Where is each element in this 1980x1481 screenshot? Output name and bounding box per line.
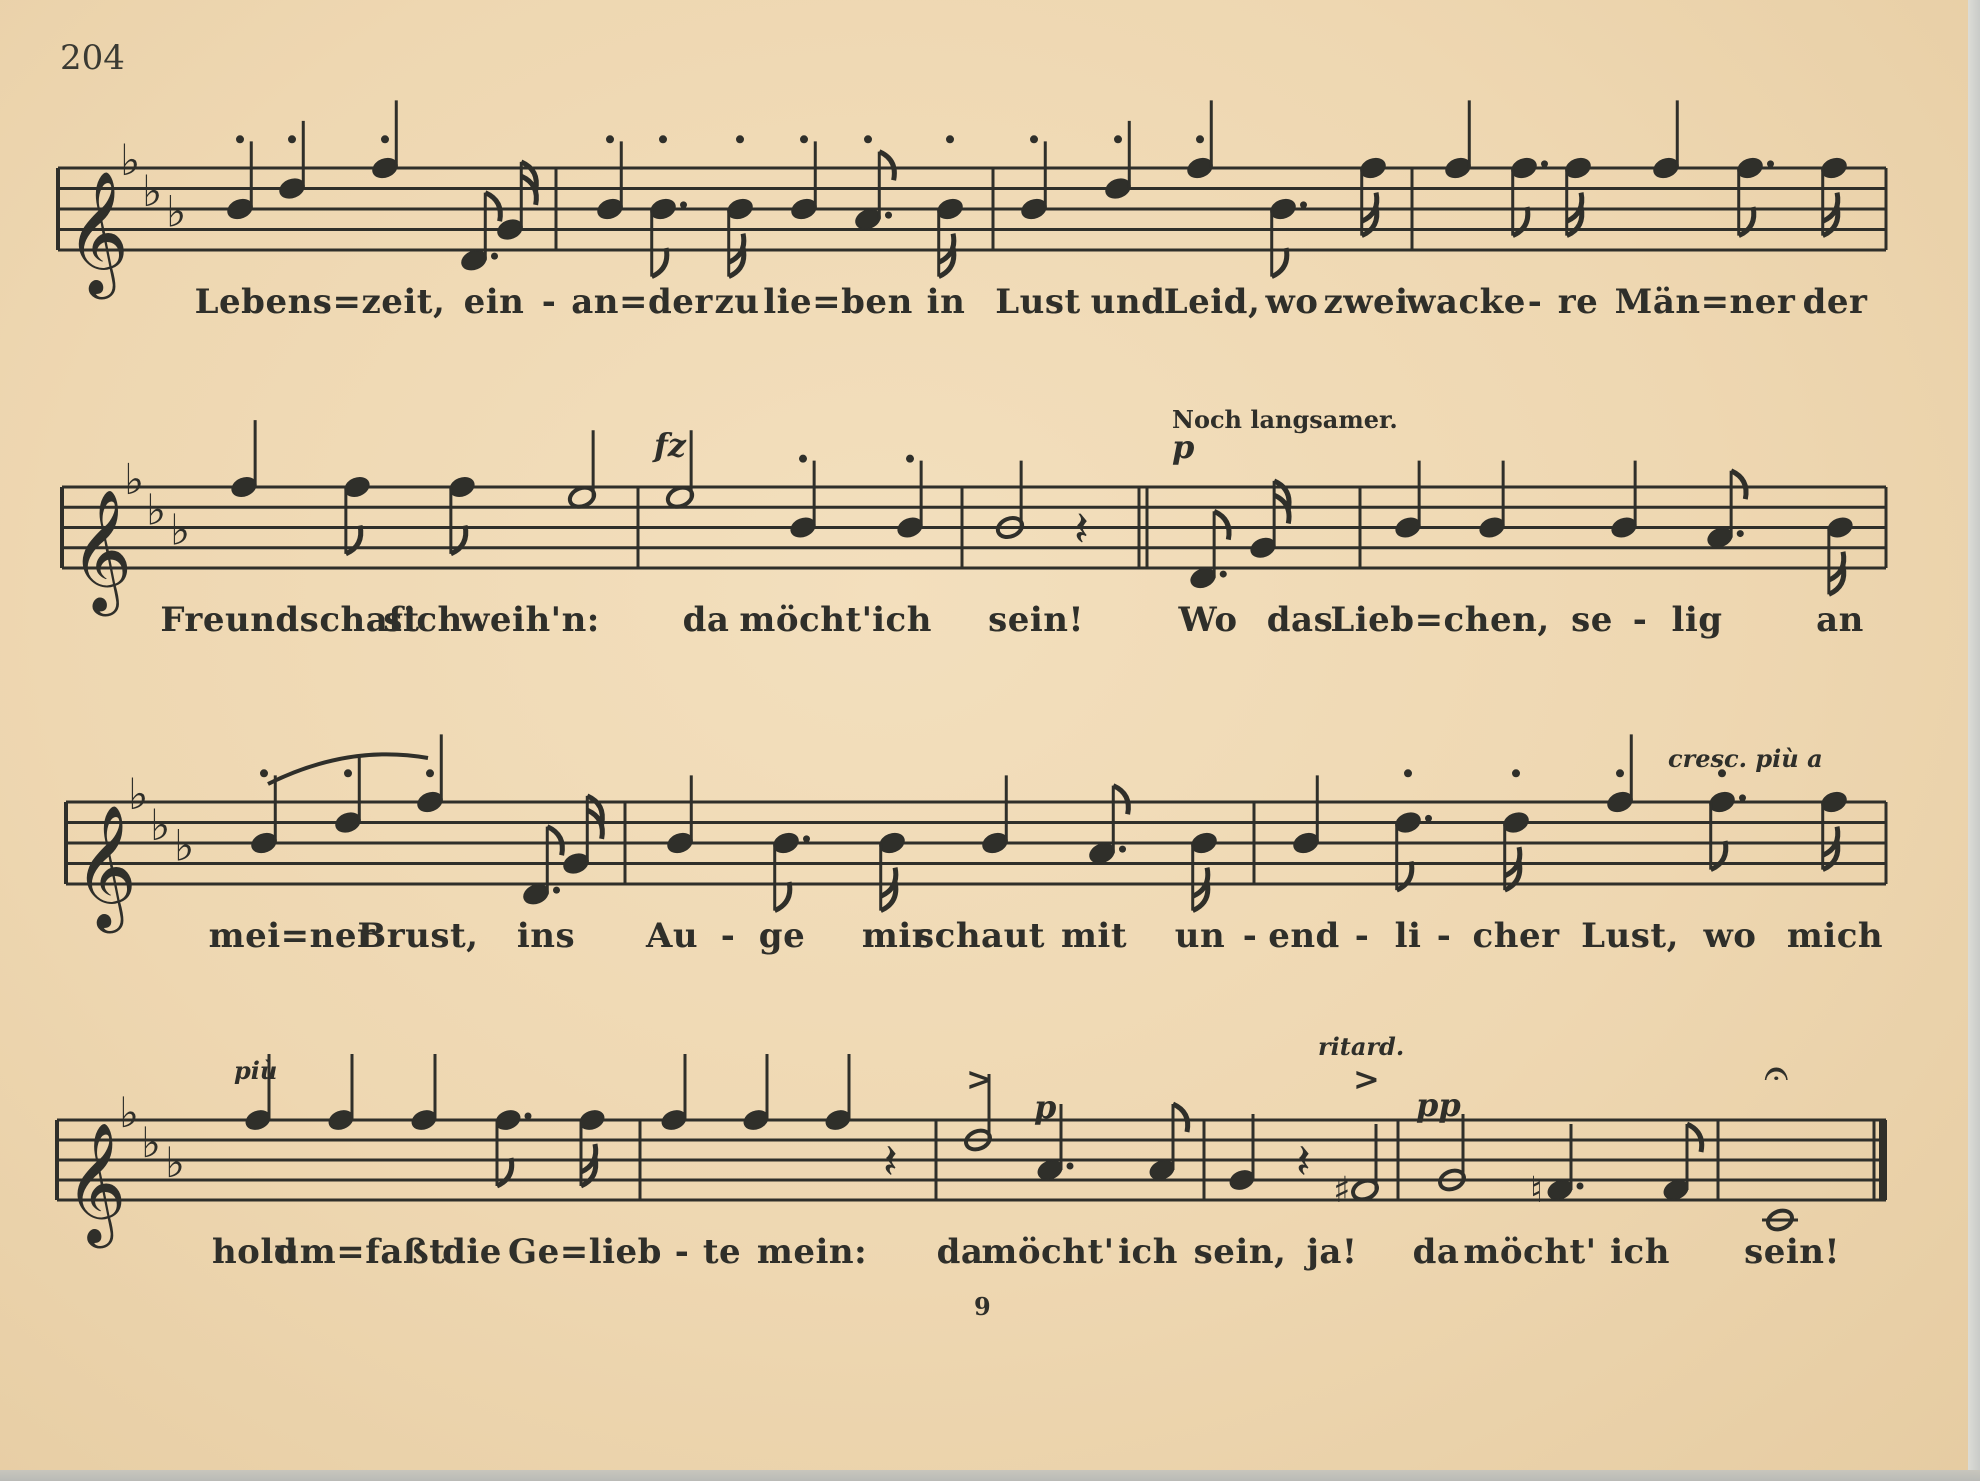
augmentation-dot bbox=[1739, 794, 1746, 801]
lyric-syllable: in bbox=[927, 282, 966, 322]
augmentation-dot bbox=[885, 212, 892, 219]
note-flag bbox=[1173, 1104, 1188, 1132]
note-flag bbox=[1513, 207, 1528, 236]
accent-icon: > bbox=[1353, 1060, 1380, 1098]
lyric-syllable: ins bbox=[517, 916, 575, 956]
lyric-syllable: - bbox=[542, 282, 557, 322]
lyric-syllable: Ge=lieb bbox=[508, 1232, 662, 1272]
lyric-syllable: möcht' bbox=[1463, 1232, 1596, 1272]
lyric-syllable: lie=ben bbox=[763, 282, 913, 322]
lyric-syllable: der bbox=[1803, 282, 1868, 322]
staccato-dot bbox=[1196, 135, 1204, 143]
lyric-syllable: Lust, bbox=[1581, 916, 1679, 956]
staccato-dot bbox=[426, 769, 434, 777]
lyric-syllable: - bbox=[1243, 916, 1258, 956]
lyric-syllable: Män=ner bbox=[1615, 282, 1796, 322]
lyric-syllable: ich bbox=[1610, 1232, 1670, 1272]
lyric-syllable: sein! bbox=[988, 600, 1084, 640]
lyric-syllable: und bbox=[1091, 282, 1166, 322]
augmentation-dot bbox=[553, 887, 560, 894]
augmentation-dot bbox=[1577, 1183, 1584, 1190]
lyric-syllable: te bbox=[703, 1232, 741, 1272]
note-flag bbox=[1711, 841, 1726, 870]
lyric-syllable: sich bbox=[383, 600, 462, 640]
lyric-syllable: li bbox=[1395, 916, 1422, 956]
flat-icon: ♭ bbox=[150, 801, 170, 851]
lyric-syllable: - bbox=[675, 1232, 690, 1272]
lyric-syllable: Freundschaft bbox=[160, 600, 419, 640]
staccato-dot bbox=[736, 135, 744, 143]
lyric-syllable: weih'n: bbox=[460, 600, 600, 640]
treble-clef-icon: 𝄞 bbox=[65, 1121, 126, 1248]
lyric-syllable: wo bbox=[1704, 916, 1757, 956]
lyric-syllable: Brust, bbox=[357, 916, 478, 956]
lyric-syllable: - bbox=[1528, 282, 1543, 322]
lyric-syllable: ge bbox=[759, 916, 805, 956]
lyric-syllable: mei=ner bbox=[209, 916, 376, 956]
staccato-dot bbox=[260, 769, 268, 777]
augmentation-dot bbox=[1220, 571, 1227, 578]
lyric-syllable: um=faßt bbox=[275, 1232, 446, 1272]
flat-icon: ♭ bbox=[119, 1088, 139, 1137]
lyric-syllable: Au bbox=[646, 916, 698, 956]
augmentation-dot bbox=[1119, 846, 1126, 853]
note-flag bbox=[547, 827, 562, 856]
treble-clef-icon: 𝄞 bbox=[70, 488, 132, 617]
lyric-syllable: da bbox=[937, 1232, 984, 1272]
augmentation-dot bbox=[1541, 160, 1548, 167]
staccato-dot bbox=[799, 455, 807, 463]
staccato-dot bbox=[659, 135, 667, 143]
staccato-dot bbox=[236, 135, 244, 143]
treble-clef-icon: 𝄞 bbox=[74, 804, 137, 933]
lyric-syllable: Lieb=chen, bbox=[1330, 600, 1549, 640]
augmentation-dot bbox=[1737, 530, 1744, 537]
note-flag bbox=[346, 525, 361, 553]
augmentation-dot bbox=[1425, 815, 1432, 822]
flat-icon: ♭ bbox=[174, 821, 194, 871]
staccato-dot bbox=[864, 135, 872, 143]
lyric-syllable: mit bbox=[1061, 916, 1127, 956]
staccato-dot bbox=[906, 455, 914, 463]
dynamic-marking: p bbox=[1034, 1088, 1056, 1126]
lyric-syllable: Lebens=zeit, bbox=[195, 282, 446, 322]
lyric-syllable: sein! bbox=[1744, 1232, 1840, 1272]
lyric-syllable: ja! bbox=[1307, 1232, 1358, 1272]
flat-icon: ♭ bbox=[120, 136, 140, 186]
lyric-syllable: - bbox=[1437, 916, 1452, 956]
lyric-syllable: Wo bbox=[1178, 600, 1237, 640]
staccato-dot bbox=[606, 135, 614, 143]
lyric-syllable: zu bbox=[714, 282, 759, 322]
note-flag bbox=[1739, 207, 1754, 236]
lyric-syllable: - bbox=[1633, 600, 1648, 640]
lyric-syllable: an=der bbox=[571, 282, 713, 322]
flat-icon: ♭ bbox=[165, 1138, 185, 1187]
fermata-icon: 𝄐 bbox=[1764, 1048, 1788, 1099]
staccato-dot bbox=[1114, 135, 1122, 143]
lyric-syllable: möcht' bbox=[981, 1232, 1114, 1272]
slur bbox=[268, 754, 428, 784]
lyric-syllable: re bbox=[1558, 282, 1599, 322]
lyric-syllable: sein, bbox=[1194, 1232, 1287, 1272]
note-flag bbox=[1113, 786, 1128, 815]
augmentation-dot bbox=[491, 253, 498, 260]
natural-icon: ♮ bbox=[1530, 1170, 1543, 1211]
quarter-rest-icon: 𝄽 bbox=[1074, 502, 1089, 558]
lyric-syllable: - bbox=[1355, 916, 1370, 956]
staccato-dot bbox=[381, 135, 389, 143]
quarter-rest-icon: 𝄽 bbox=[1296, 1134, 1311, 1190]
expression-marking: ritard. bbox=[1318, 1032, 1404, 1061]
flat-icon: ♭ bbox=[141, 1118, 161, 1167]
note-flag bbox=[451, 525, 466, 553]
expression-marking: più bbox=[234, 1056, 277, 1085]
lyric-syllable: wo bbox=[1266, 282, 1319, 322]
note-flag bbox=[1687, 1124, 1702, 1152]
tempo-marking: Noch langsamer. bbox=[1172, 405, 1398, 434]
note-flag bbox=[652, 248, 667, 277]
lyric-syllable: möcht' bbox=[739, 600, 872, 640]
staccato-dot bbox=[800, 135, 808, 143]
accent-icon: > bbox=[966, 1060, 993, 1098]
lyric-syllable: mein: bbox=[757, 1232, 867, 1272]
note-flag bbox=[879, 152, 894, 181]
lyric-syllable: zwei bbox=[1323, 282, 1408, 322]
lyric-syllable: mich bbox=[1787, 916, 1883, 956]
quarter-rest-icon: 𝄽 bbox=[883, 1134, 898, 1190]
expression-marking: cresc. più a bbox=[1668, 744, 1823, 773]
note-flag bbox=[497, 1158, 512, 1186]
note-flag bbox=[485, 193, 500, 222]
sharp-icon: ♯ bbox=[1333, 1170, 1350, 1211]
dynamic-marking: fz bbox=[654, 426, 686, 464]
lyric-syllable: se bbox=[1571, 600, 1613, 640]
lyric-syllable: die bbox=[442, 1232, 502, 1272]
lyric-syllable: end bbox=[1268, 916, 1340, 956]
lyric-syllable: da bbox=[1413, 1232, 1460, 1272]
lyric-syllable: an bbox=[1816, 600, 1864, 640]
flat-icon: ♭ bbox=[170, 507, 190, 556]
note-flag bbox=[1397, 861, 1412, 890]
lyric-syllable: lig bbox=[1671, 600, 1722, 640]
dynamic-marking: p bbox=[1172, 428, 1194, 466]
lyric-syllable: ich bbox=[872, 600, 932, 640]
augmentation-dot bbox=[680, 201, 687, 208]
staccato-dot bbox=[946, 135, 954, 143]
staccato-dot bbox=[1030, 135, 1038, 143]
augmentation-dot bbox=[525, 1113, 532, 1120]
treble-clef-icon: 𝄞 bbox=[66, 170, 129, 299]
flat-icon: ♭ bbox=[146, 486, 166, 535]
flat-icon: ♭ bbox=[166, 187, 186, 237]
note-flag bbox=[1272, 248, 1287, 277]
lyric-syllable: Lust bbox=[995, 282, 1080, 322]
flat-icon: ♭ bbox=[128, 770, 148, 820]
lyric-syllable: un bbox=[1175, 916, 1225, 956]
staccato-dot bbox=[1616, 769, 1624, 777]
footnote-mark: 9 bbox=[974, 1292, 991, 1321]
lyric-syllable: wacke bbox=[1406, 282, 1526, 322]
augmentation-dot bbox=[803, 835, 810, 842]
lyric-syllable: ein bbox=[464, 282, 525, 322]
flat-icon: ♭ bbox=[124, 456, 144, 505]
staccato-dot bbox=[344, 769, 352, 777]
lyric-syllable: cher bbox=[1473, 916, 1560, 956]
note-flag bbox=[1214, 511, 1229, 539]
augmentation-dot bbox=[1300, 201, 1307, 208]
note-flag bbox=[775, 882, 790, 911]
lyric-syllable: ich bbox=[1118, 1232, 1178, 1272]
dynamic-marking: pp bbox=[1416, 1086, 1461, 1124]
lyric-syllable: schaut bbox=[915, 916, 1045, 956]
augmentation-dot bbox=[1067, 1163, 1074, 1170]
staccato-dot bbox=[1404, 769, 1412, 777]
lyric-syllable: - bbox=[721, 916, 736, 956]
flat-icon: ♭ bbox=[142, 167, 162, 217]
note-flag bbox=[1731, 471, 1746, 499]
staccato-dot bbox=[1512, 769, 1520, 777]
augmentation-dot bbox=[1767, 160, 1774, 167]
lyric-syllable: Leid, bbox=[1164, 282, 1261, 322]
staccato-dot bbox=[288, 135, 296, 143]
lyric-syllable: da bbox=[683, 600, 730, 640]
lyric-syllable: das bbox=[1267, 600, 1333, 640]
